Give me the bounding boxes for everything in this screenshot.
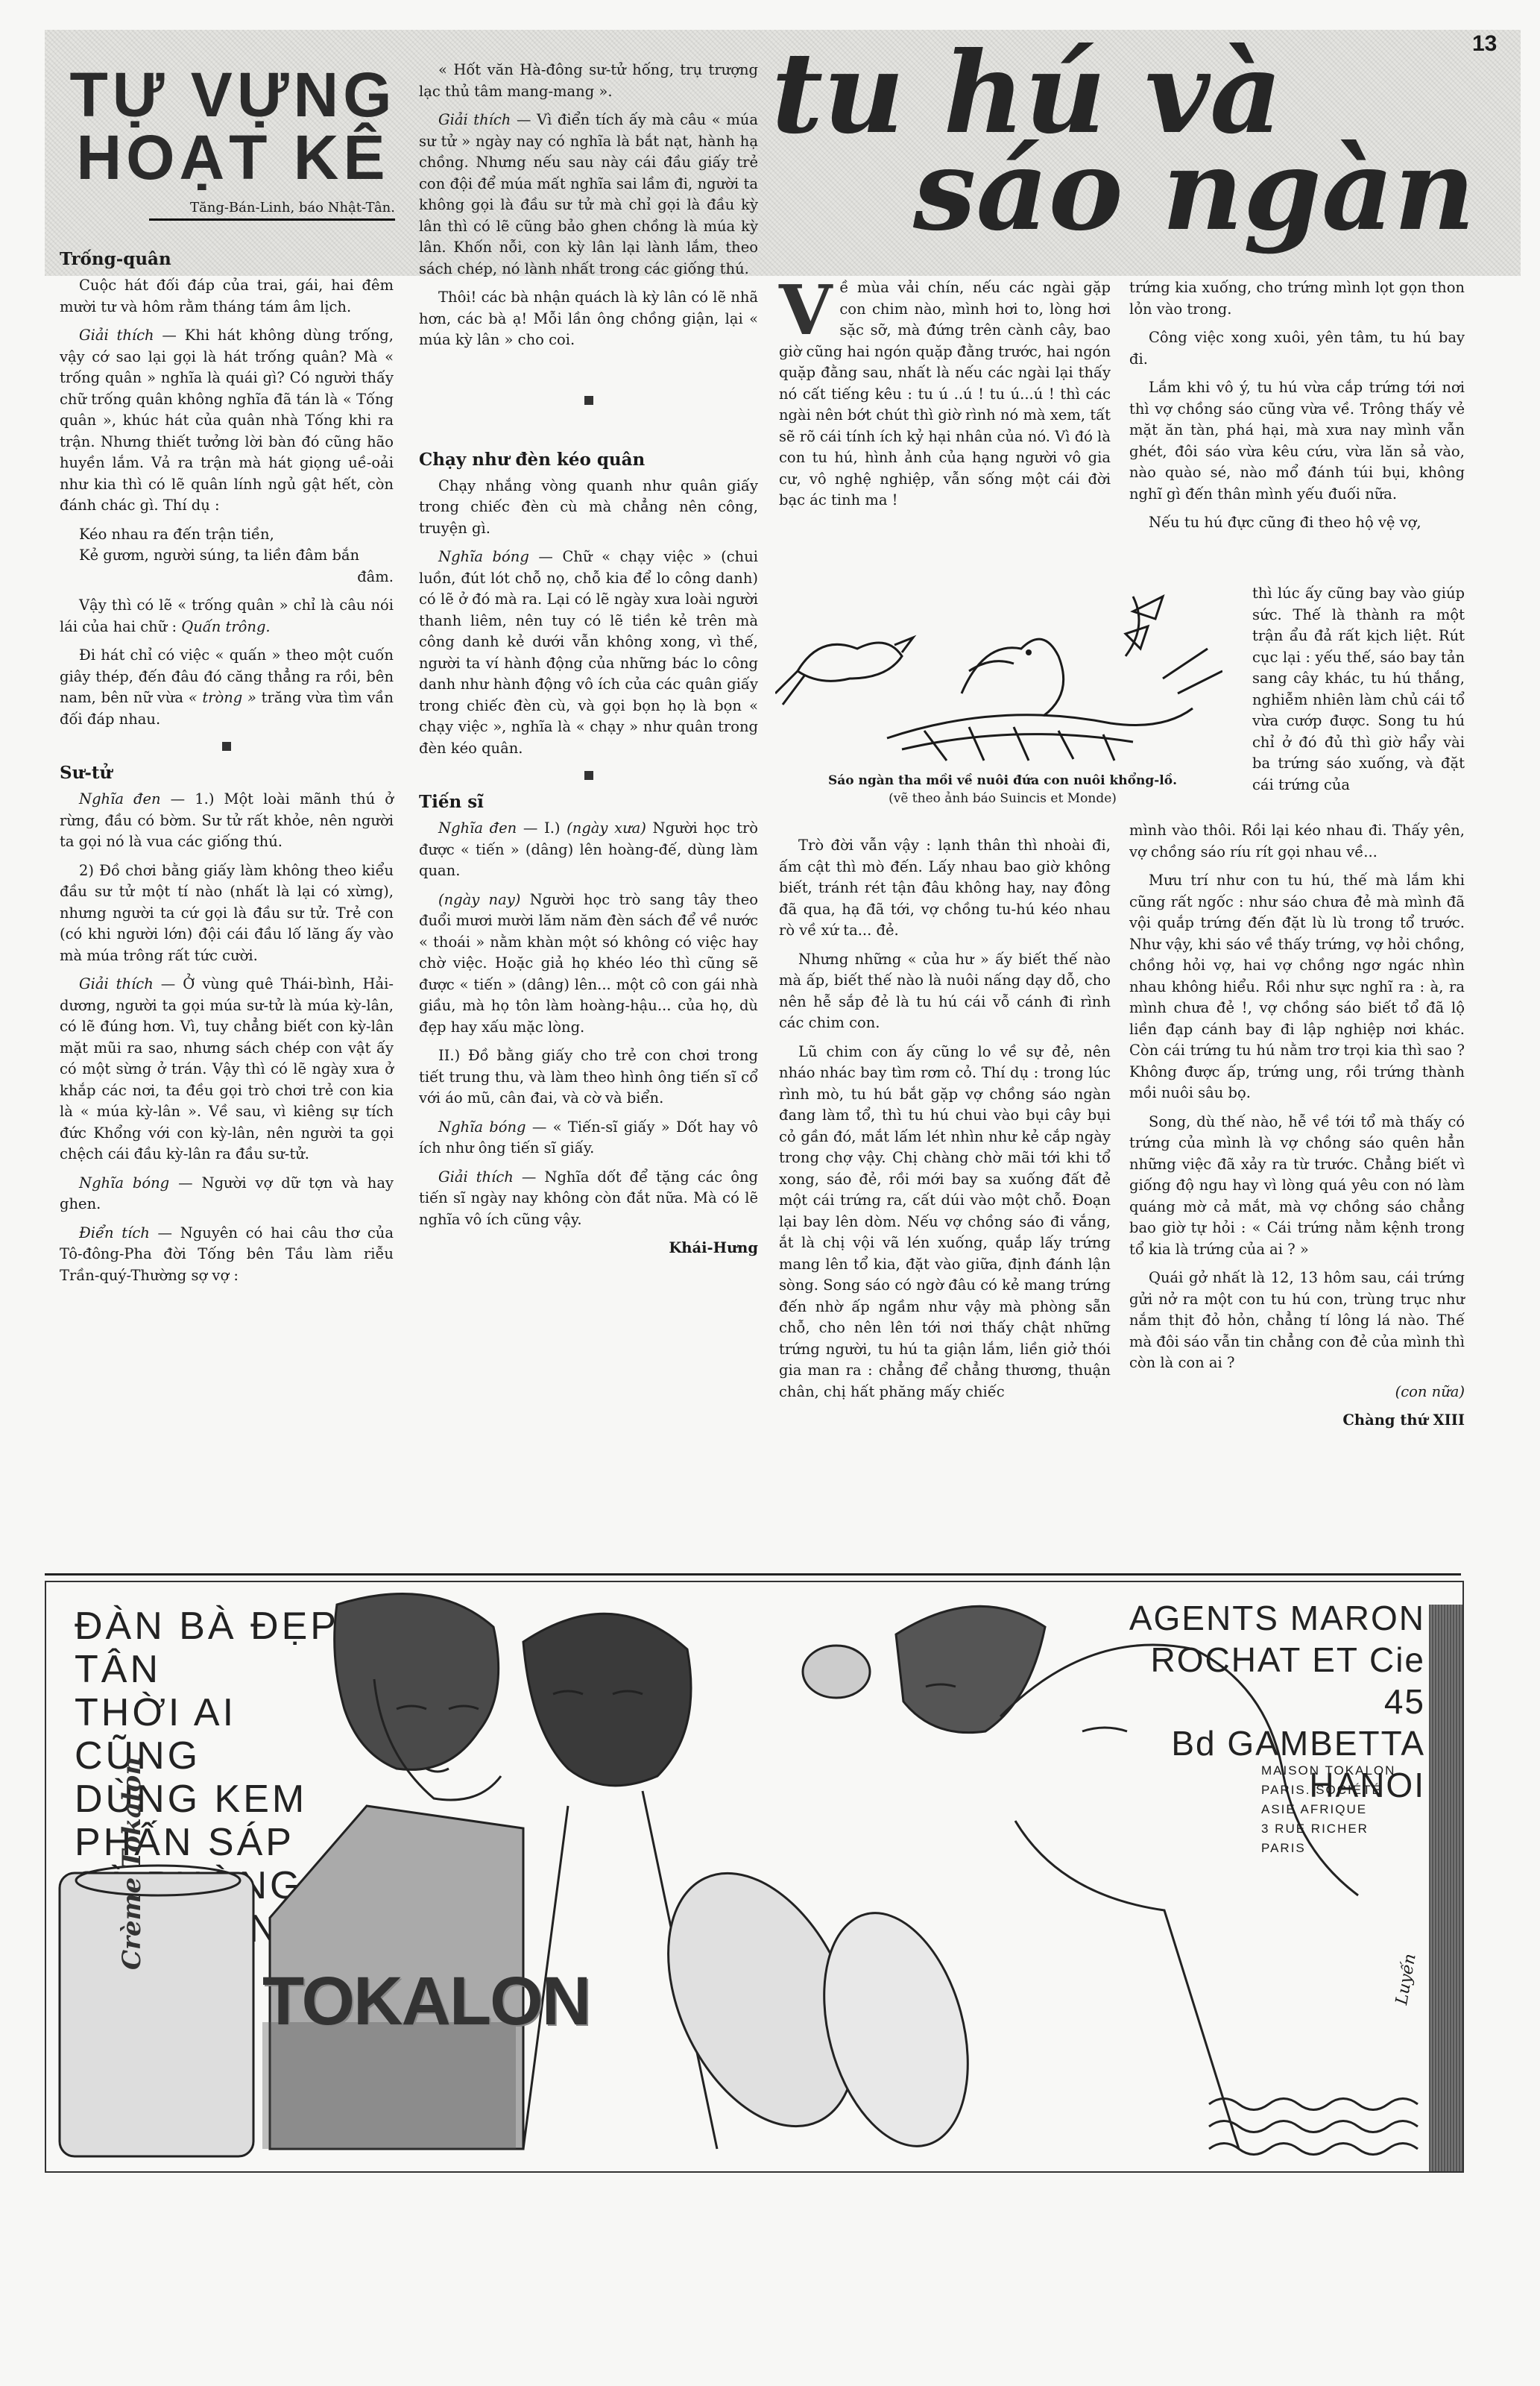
paragraph: Nghĩa bóng — Người vợ dữ tợn và hay ghen… xyxy=(60,1173,394,1215)
label: Nghĩa đen xyxy=(79,790,161,808)
verse-line: Kéo nhau ra đến trận tiền, xyxy=(79,524,394,546)
left-article-title: TỰ VỰNG HOẠT KÊ xyxy=(63,63,403,189)
paragraph: Mưu trí như con tu hú, thế mà lắm khi cũ… xyxy=(1129,870,1465,1104)
ad-dark-border xyxy=(1429,1605,1462,2171)
text: — Khi hát không dùng trống, vậy cớ sao l… xyxy=(60,327,394,514)
paragraph: Nếu tu hú đực cũng đi theo hộ vệ vợ, xyxy=(1129,512,1465,534)
italic-text: (ngày nay) xyxy=(438,891,520,908)
paragraph: Cuộc hát đối đáp của trai, gái, hai đêm … xyxy=(60,275,394,318)
text: Người học trò sang tây theo đuổi mươi mư… xyxy=(419,891,758,1036)
separator-ornament xyxy=(584,771,593,780)
paragraph: II.) Đồ bằng giấy cho trẻ con chơi trong… xyxy=(419,1045,758,1109)
column-4-continued: mình vào thôi. Rồi lại kéo nhau đi. Thấy… xyxy=(1129,820,1465,1439)
paragraph: Giải thích — Nghĩa dốt để tặng các ông t… xyxy=(419,1167,758,1231)
maison-line: ASIE AFRIQUE xyxy=(1261,1800,1425,1819)
paragraph: Giải thích — Vì điển tích ấy mà câu « mú… xyxy=(419,110,758,280)
column-1: Trống-quân Cuộc hát đối đáp của trai, gá… xyxy=(60,239,394,1294)
paragraph: 2) Đồ chơi bằng giấy làm không theo kiểu… xyxy=(60,860,394,967)
paragraph: (ngày nay) Người học trò sang tây theo đ… xyxy=(419,890,758,1039)
verse-line: đâm. xyxy=(79,567,394,588)
paragraph: Nhưng những « của hư » ấy biết thế nào m… xyxy=(779,949,1111,1034)
paragraph: Nghĩa đen — I.) (ngày xưa) Người học trò… xyxy=(419,818,758,882)
drop-cap: V xyxy=(779,280,832,340)
label: Nghĩa bóng xyxy=(79,1174,169,1192)
illustration-caption: Sáo ngàn tha mồi về nuôi đứa con nuôi kh… xyxy=(779,772,1226,808)
paragraph: Nghĩa bóng — Chữ « chạy việc » (chui luồ… xyxy=(419,547,758,759)
italic-text: « tròng » xyxy=(189,689,256,706)
paragraph: Trò đời vẫn vậy : lạnh thân thì nhoài đi… xyxy=(779,835,1111,942)
paragraph: Vậy thì có lẽ « trống quân » chỉ là câu … xyxy=(60,595,394,638)
divider-rule xyxy=(45,1573,1461,1576)
continued-note: (con nữa) xyxy=(1129,1382,1465,1403)
ad-maison-info: MAISON TOKALON PARIS. SOCIÉTÉ ASIE AFRIQ… xyxy=(1261,1761,1425,1858)
label: Giải thích xyxy=(79,975,154,992)
jar-label: Crème Tokalon xyxy=(117,1757,147,1970)
section-heading: Trống-quân xyxy=(60,249,394,269)
column-4: trứng kia xuống, cho trứng mình lọt gọn … xyxy=(1129,277,1465,541)
text: — Ở vùng quê Thái-bình, Hải-dương, người… xyxy=(60,975,394,1162)
paragraph: Nghĩa đen — 1.) Một loài mãnh thú ở rừng… xyxy=(60,789,394,853)
author-signature: Chàng thứ XIII xyxy=(1129,1410,1465,1432)
paragraph: Thôi! các bà nhận quách là kỳ lân có lẽ … xyxy=(419,287,758,351)
section-heading: Tiến sĩ xyxy=(419,792,758,812)
byline: Tăng-Bán-Linh, báo Nhật-Tân. xyxy=(149,200,395,221)
paragraph: Nghĩa bóng — « Tiến-sĩ giấy » Dốt hay vô… xyxy=(419,1117,758,1159)
paragraph: Lũ chim con ấy cũng lo về sự đẻ, nên nhá… xyxy=(779,1042,1111,1403)
paragraph: Chạy nhắng vòng quanh như quân giấy tron… xyxy=(419,476,758,540)
paragraph: thì lúc ấy cũng bay vào giúp sức. Thế là… xyxy=(1252,583,1465,796)
label: Giải thích xyxy=(438,1168,514,1186)
italic-text: Quấn trông. xyxy=(181,618,270,635)
label: Giải thích xyxy=(438,111,511,128)
tokalon-advertisement: ĐÀN BÀ ĐẸP TÂN THỜI AI CŨNG DÙNG KEM PHẤ… xyxy=(45,1581,1464,2173)
section-heading: Chạy như đèn kéo quân xyxy=(419,450,758,470)
label: Giải thích xyxy=(79,327,154,344)
label: Điển tích xyxy=(79,1224,150,1241)
paragraph: Giải thích — Khi hát không dùng trống, v… xyxy=(60,325,394,517)
maison-line: PARIS. SOCIÉTÉ xyxy=(1261,1781,1425,1800)
column-3: Về mùa vải chín, nếu các ngài gặp con ch… xyxy=(779,277,1111,519)
caption-title: Sáo ngàn tha mồi về nuôi đứa con nuôi kh… xyxy=(779,772,1226,790)
text: — I.) xyxy=(517,819,567,837)
bird-nest-illustration xyxy=(775,582,1222,768)
newspaper-page: 13 TỰ VỰNG HOẠT KÊ Tăng-Bán-Linh, báo Nh… xyxy=(0,0,1540,2386)
column-2: « Hốt văn Hà-đông sư-tử hống, trụ trượng… xyxy=(419,60,758,1267)
maison-line: MAISON TOKALON xyxy=(1261,1761,1425,1781)
text: — Chữ « chạy việc » (chui luồn, đút lót … xyxy=(419,548,758,757)
column-4-wrap: thì lúc ấy cũng bay vào giúp sức. Thế là… xyxy=(1252,583,1465,803)
caption-text: Sáo ngàn tha mồi về nuôi đứa con nuôi kh… xyxy=(828,773,1177,788)
agents-line: ROCHAT ET Cie 45 xyxy=(1112,1639,1425,1722)
label: Nghĩa bóng xyxy=(438,1118,526,1136)
caption-credit: (vẽ theo ảnh báo Suincis et Monde) xyxy=(779,790,1226,808)
separator-ornament xyxy=(584,396,593,405)
right-article-title: tu hú và sáo ngàn xyxy=(771,45,1487,268)
paragraph: Lắm khi vô ý, tu hú vừa cắp trứng tới nơ… xyxy=(1129,377,1465,505)
maison-line: PARIS xyxy=(1261,1839,1425,1858)
column-3-continued: Trò đời vẫn vậy : lạnh thân thì nhoài đi… xyxy=(779,835,1111,1410)
label: Nghĩa bóng xyxy=(438,548,529,565)
paragraph: Quái gở nhất là 12, 13 hôm sau, cái trứn… xyxy=(1129,1268,1465,1374)
paragraph: mình vào thôi. Rồi lại kéo nhau đi. Thấy… xyxy=(1129,820,1465,863)
paragraph: trứng kia xuống, cho trứng mình lọt gọn … xyxy=(1129,277,1465,320)
paragraph: Công việc xong xuôi, yên tâm, tu hú bay … xyxy=(1129,327,1465,370)
paragraph: Song, dù thế nào, hễ về tới tổ mà thấy c… xyxy=(1129,1112,1465,1261)
italic-text: (ngày xưa) xyxy=(567,819,646,837)
paragraph: « Hốt văn Hà-đông sư-tử hống, trụ trượng… xyxy=(419,60,758,102)
agents-line: AGENTS MARON xyxy=(1112,1597,1425,1639)
paragraph: Đi hát chỉ có việc « quấn » theo một cuố… xyxy=(60,645,394,730)
paragraph: Giải thích — Ở vùng quê Thái-bình, Hải-d… xyxy=(60,974,394,1165)
author-signature: Khái-Hưng xyxy=(419,1238,758,1259)
text: — Vì điển tích ấy mà câu « múa sư tử » n… xyxy=(419,111,758,277)
separator-ornament xyxy=(222,742,231,751)
maison-line: 3 RUE RICHER xyxy=(1261,1819,1425,1839)
verse: Kéo nhau ra đến trận tiền, Kẻ gươm, ngườ… xyxy=(60,524,394,588)
label: Nghĩa đen xyxy=(438,819,517,837)
title-line-2: HOẠT KÊ xyxy=(63,126,403,189)
title-line-1: TỰ VỰNG xyxy=(63,63,403,126)
paragraph: Về mùa vải chín, nếu các ngài gặp con ch… xyxy=(779,277,1111,511)
verse-line: Kẻ gươm, người súng, ta liền đâm bắn xyxy=(79,545,394,567)
ad-brand-logo: TOKALON xyxy=(262,1962,590,2041)
paragraph: Điển tích — Nguyên có hai câu thơ của Tô… xyxy=(60,1223,394,1287)
section-heading: Sư-tử xyxy=(60,763,394,783)
agents-line: Bd GAMBETTA xyxy=(1112,1722,1425,1764)
